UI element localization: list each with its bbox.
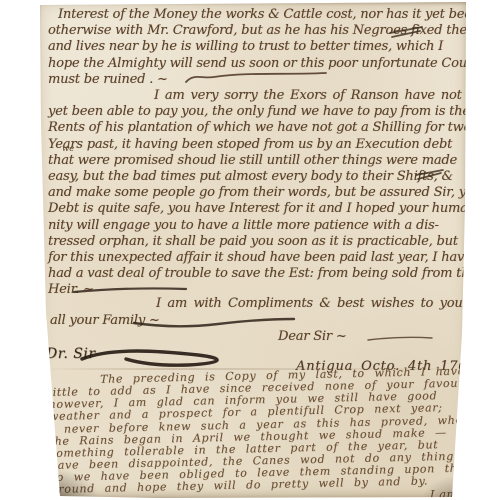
paragraph-1: Interest of the Money the works & Cattle… xyxy=(48,7,466,88)
handwritten-line: and lives near by he is willing to trust… xyxy=(48,39,466,55)
letter-page: Interest of the Money the works & Cattle… xyxy=(38,2,468,498)
handwritten-line: I am very sorry the Exors of Ranson have… xyxy=(48,88,466,104)
handwritten-line: Interest of the Money the works & Cattle… xyxy=(48,7,466,23)
paper-crease xyxy=(39,235,43,317)
handwritten-line: Rents of his plantation of which we have… xyxy=(48,120,466,136)
handwritten-line: nity will engage you to have a little mo… xyxy=(48,218,466,234)
handwritten-line: tressed orphan, it shall be paid you soo… xyxy=(48,234,466,250)
handwritten-line: all your Family ~ xyxy=(48,313,466,330)
handwritten-line: I am with Compliments & best wishes to y… xyxy=(48,296,466,313)
handwritten-line: Debt is quite safe, you have Interest fo… xyxy=(48,201,466,217)
handwritten-line: hope the Almighty will send us soon or t… xyxy=(48,56,466,72)
pen-flourish-dr-sir-paraph xyxy=(82,351,217,365)
handwritten-line: otherwise with Mr. Crawford, but as he h… xyxy=(48,23,466,39)
salutation: Dr. Sir xyxy=(46,346,96,362)
closing-block: I am with Compliments & best wishes to y… xyxy=(48,296,466,346)
paragraph-2: I am very sorry the Exors of Ranson have… xyxy=(48,88,466,299)
torn-corner-shadow xyxy=(46,468,98,498)
postscript-paragraph: The preceding is Copy of my last, to whi… xyxy=(48,366,469,497)
handwritten-line: yet been able to pay you, the only fund … xyxy=(48,104,466,120)
handwritten-line: and make some people go from their words… xyxy=(48,185,466,201)
handwritten-line: Years past, it having been stoped from u… xyxy=(48,137,466,153)
handwritten-line: had a vast deal of trouble to save the E… xyxy=(48,266,466,282)
handwritten-line: must be ruined . ~ xyxy=(48,72,466,88)
fold-line xyxy=(38,368,468,370)
handwritten-line: Dear Sir ~ xyxy=(48,329,466,346)
torn-corner-shadow xyxy=(424,476,464,498)
handwritten-line: for this unexpected affair it shoud have… xyxy=(48,250,466,266)
letter-photo: Interest of the Money the works & Cattle… xyxy=(0,0,500,500)
handwritten-line: easy, but the bad times put almost every… xyxy=(48,169,466,185)
handwritten-line: that were promised shoud lie still until… xyxy=(48,153,466,169)
